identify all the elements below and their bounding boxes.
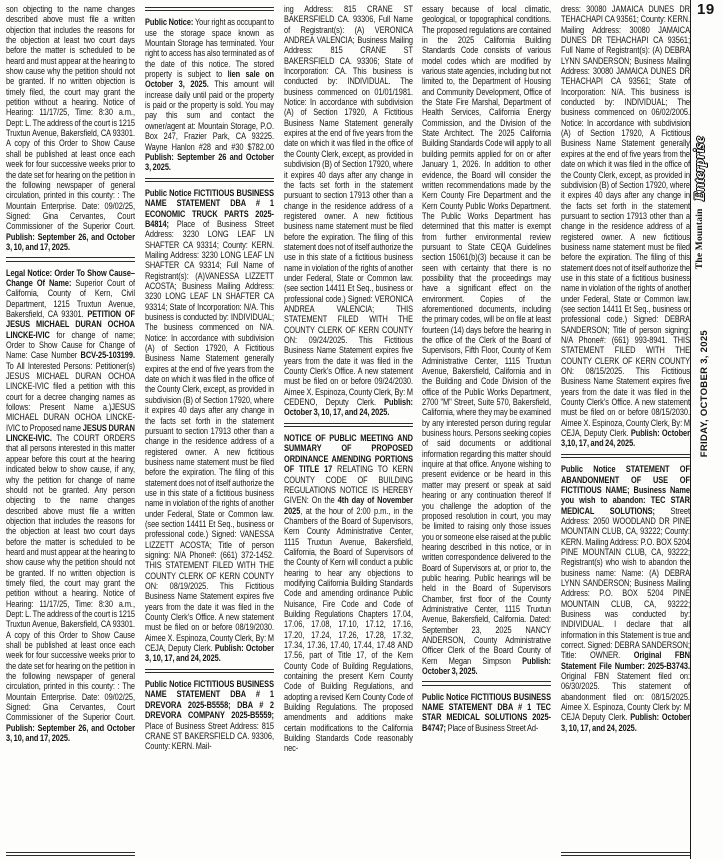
notice-separator-rule [145, 178, 274, 182]
public-meeting-title-17-continued: essary because of local climatic, geolog… [422, 4, 551, 676]
columns-container: son objecting to the name changes descri… [0, 0, 723, 859]
masthead-title: Enterprise [692, 136, 708, 201]
masthead: The Mountain Enterprise [691, 136, 709, 269]
notice-separator-rule [6, 852, 135, 856]
notice-separator-rule [284, 423, 413, 427]
order-show-cause-lincke-ivic: Legal Notice: Order To Show Cause–Change… [6, 268, 135, 744]
newspaper-column-1: son objecting to the name changes descri… [6, 4, 135, 857]
sidebar-divider-rule [690, 0, 691, 859]
storage-lien-sale-notice: Public Notice: Your right as occupant to… [145, 17, 274, 172]
fbn-economic-truck-parts: Public Notice FICTITIOUS BUSINESS NAME S… [145, 188, 274, 664]
fbn-tec-star-medical-continued: dress: 30080 JAMAICA DUNES DR TEHACHAPI … [561, 4, 690, 449]
issue-dateline: FRIDAY, OCTOBER 3, 2025 [699, 330, 710, 457]
fbn-tec-star-medical: Public Notice FICTITIOUS BUSINESS NAME S… [422, 692, 551, 733]
page-number: 19 [697, 1, 715, 18]
notice-separator-rule [422, 681, 551, 685]
newspaper-column-5: dress: 30080 JAMAICA DUNES DR TEHACHAPI … [561, 4, 690, 857]
newspaper-column-4: essary because of local climatic, geolog… [422, 4, 551, 857]
newspaper-column-3: ing Address: 815 CRANE ST BAKERSFIELD CA… [284, 4, 413, 857]
notice-separator-rule [145, 669, 274, 673]
newspaper-column-2: Public Notice: Your right as occupant to… [145, 4, 274, 857]
order-show-cause-name-change-continued: son objecting to the name changes descri… [6, 4, 135, 252]
masthead-prefix: The Mountain [695, 208, 705, 269]
abandonment-tec-star-medical: Public Notice STATEMENT OF ABANDONMENT O… [561, 464, 690, 733]
fbn-drevora-continued: ing Address: 815 CRANE ST BAKERSFIELD CA… [284, 4, 413, 418]
notice-separator-rule [561, 454, 690, 458]
public-meeting-title-17-ordinance: NOTICE OF PUBLIC MEETING AND SUMMARY OF … [284, 433, 413, 754]
newspaper-legal-notices-page: son objecting to the name changes descri… [0, 0, 723, 859]
notice-separator-rule [145, 7, 274, 11]
notice-separator-rule [6, 257, 135, 261]
notice-separator-rule [561, 852, 690, 856]
fbn-drevora: Public Notice FICTITIOUS BUSINESS NAME S… [145, 679, 274, 751]
